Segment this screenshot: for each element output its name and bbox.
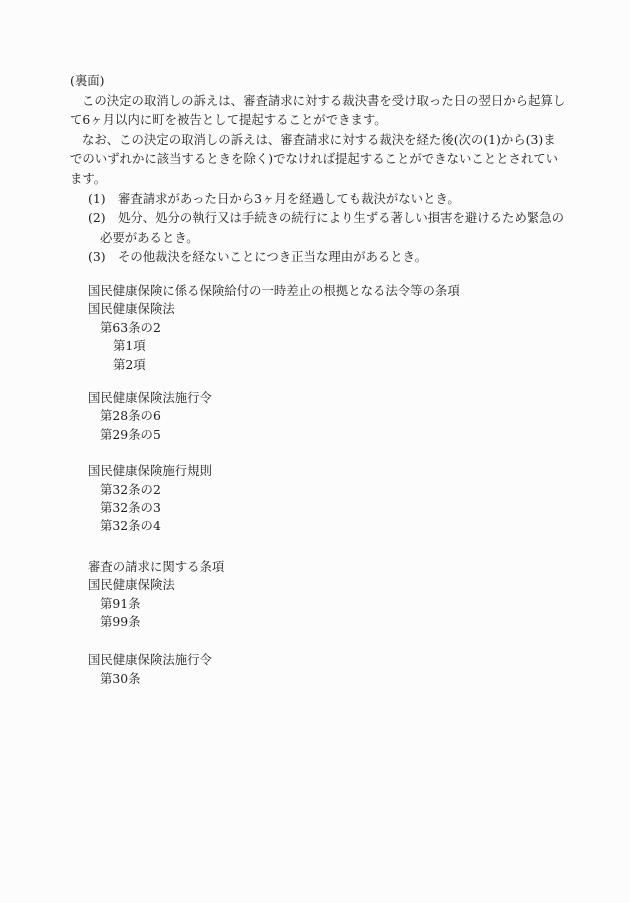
text-line: 第91条 — [70, 595, 590, 613]
text-line: なお、この決定の取消しの訴えは、審査請求に対する裁決を経た後(次の(1)から(3… — [70, 130, 590, 150]
text-line: て6ヶ月以内に町を被告として提起することができます。 — [70, 110, 590, 130]
text-line: 国民健康保険法施行令 — [70, 389, 590, 407]
text-line: 国民健康保険に係る保険給付の一時差止の根拠となる法令等の条項 — [70, 282, 590, 300]
text-line: 審査の請求に関する条項 — [70, 558, 590, 576]
intro-paragraphs: (裏面)この決定の取消しの訴えは、審査請求に対する裁決書を受け取った日の翌日から… — [70, 71, 590, 267]
text-line: 国民健康保険法 — [70, 576, 590, 594]
text-line: (1) 審査請求があった日から3ヶ月を経過しても裁決がないとき。 — [70, 189, 590, 209]
text-line: 第32条の4 — [70, 517, 590, 535]
text-line: でのいずれかに該当するときを除く)でなければ提起することができないこととされてい — [70, 149, 590, 169]
text-line: (2) 処分、処分の執行又は手続きの続行により生ずる著しい損害を避けるため緊急の — [70, 208, 590, 228]
document-page: (裏面)この決定の取消しの訴えは、審査請求に対する裁決書を受け取った日の翌日から… — [0, 0, 630, 903]
text-line: 国民健康保険法施行令 — [70, 651, 590, 669]
text-line: (3) その他裁決を経ないことにつき正当な理由があるとき。 — [70, 247, 590, 267]
law-section: 国民健康保険施行規則第32条の2第32条の3第32条の4 — [70, 462, 590, 536]
text-line: 必要があるとき。 — [70, 228, 590, 248]
text-line: 第28条の6 — [70, 407, 590, 425]
text-line: 第32条の2 — [70, 481, 590, 499]
text-line: ます。 — [70, 169, 590, 189]
law-section: 国民健康保険に係る保険給付の一時差止の根拠となる法令等の条項国民健康保険法第63… — [70, 282, 590, 374]
law-reference-sections: 国民健康保険に係る保険給付の一時差止の根拠となる法令等の条項国民健康保険法第63… — [70, 282, 590, 688]
text-line: 第29条の5 — [70, 426, 590, 444]
law-section: 国民健康保険法施行令第28条の6第29条の5 — [70, 389, 590, 444]
text-line: 第30条 — [70, 670, 590, 688]
law-section: 審査の請求に関する条項国民健康保険法第91条第99条 — [70, 558, 590, 632]
law-section: 国民健康保険法施行令第30条 — [70, 651, 590, 688]
text-line: この決定の取消しの訴えは、審査請求に対する裁決書を受け取った日の翌日から起算し — [70, 91, 590, 111]
text-line: 第32条の3 — [70, 499, 590, 517]
text-line: 第2項 — [70, 356, 590, 374]
text-line: 第1項 — [70, 337, 590, 355]
text-line: 国民健康保険法 — [70, 300, 590, 318]
text-line: 第63条の2 — [70, 319, 590, 337]
text-line: 第99条 — [70, 613, 590, 631]
text-line: 国民健康保険施行規則 — [70, 462, 590, 480]
text-line: (裏面) — [70, 71, 590, 91]
